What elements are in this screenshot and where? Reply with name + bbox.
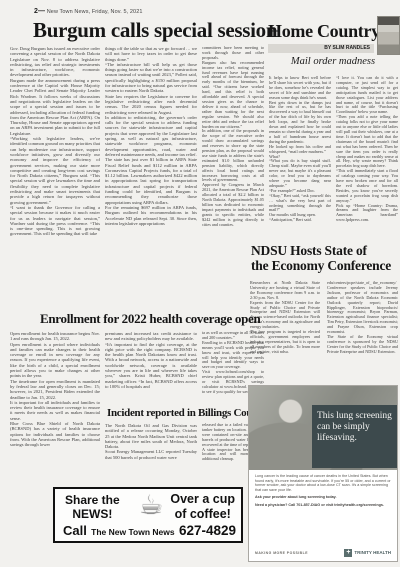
trinity-logo-text: TRINITY HEALTH xyxy=(354,551,391,556)
trinity-tagline: MAKING MORE POSSIBLE xyxy=(255,551,308,556)
burgum-column-1: Gov. Doug Burgum has issued an executive… xyxy=(10,46,100,310)
trinity-ad-copy: Lung cancer is the leading cause of canc… xyxy=(255,474,391,492)
home-country-title: Home Country xyxy=(268,21,380,42)
masthead-text: New Town News, Friday, Nov. 5, 2021 xyxy=(45,9,142,15)
trinity-ad-footer: MAKING MORE POSSIBLE + TRINITY HEALTH xyxy=(255,549,391,557)
trinity-cross-icon: + xyxy=(344,549,352,557)
enrollment-column-1: Open enrollment for health insurance beg… xyxy=(10,331,100,486)
ndsu-headline: NDSU Hosts State of the Economy Conferen… xyxy=(251,243,391,273)
lung-screening-headline: This lung screening can be simply lifesa… xyxy=(312,405,397,468)
trinity-ad-cta1: Ask your provider about lung screening t… xyxy=(255,495,391,500)
share-news-text: Share the NEWS! xyxy=(65,493,120,521)
share-news-ad: Share the NEWS! ☕ Over a cup of coffee! … xyxy=(53,487,243,543)
home-country-column-2: “I love it. You can do it with a compute… xyxy=(336,76,398,238)
coffee-cup-icon: ☕ xyxy=(139,490,163,521)
over-a-cup-text: Over a cup of coffee! xyxy=(170,492,235,522)
call-label: Call xyxy=(63,523,87,538)
home-country-column-1: It helps to know Bert well before he'll … xyxy=(269,76,331,238)
trinity-lung-screening-ad: This lung screening can be simply lifesa… xyxy=(248,385,398,562)
masthead-line: 2— New Town News, Friday, Nov. 5, 2021 xyxy=(34,8,143,15)
billings-headline: Incident reported in Billings County xyxy=(107,407,267,419)
paper-name: The New Town News xyxy=(90,527,176,537)
billings-column-1: The North Dakota Oil and Gas Division wa… xyxy=(105,423,197,487)
enrollment-headline: Enrollment for 2022 health coverage open xyxy=(40,311,260,327)
burgum-headline: Burgum calls special session xyxy=(33,18,277,43)
phone-number: 627-4829 xyxy=(179,523,236,538)
trinity-health-logo: + TRINITY HEALTH xyxy=(344,549,391,557)
home-country-byline: BY SLIM RANDLES xyxy=(268,44,374,53)
slim-randles-photo xyxy=(377,16,400,55)
newspaper-page: 2— New Town News, Friday, Nov. 5, 2021 B… xyxy=(0,0,400,567)
ndsu-column-2: edu/centers/pcpe/state_of_ the_economy/ … xyxy=(327,281,398,381)
trinity-ad-cta2: Need a physician? Call 701-857-DIAG or v… xyxy=(255,503,391,508)
share-news-call-line: Call The New Town News 627-4829 xyxy=(63,523,236,538)
enrollment-column-2: premiums and increased tax credit assist… xyxy=(105,331,197,405)
page-folio: 2— xyxy=(34,8,45,15)
trinity-ad-body: Lung cancer is the leading cause of canc… xyxy=(249,470,397,561)
burgum-column-2: things off the table so that as we go fo… xyxy=(105,46,197,310)
home-country-subtitle: Mail order madness xyxy=(268,56,398,67)
